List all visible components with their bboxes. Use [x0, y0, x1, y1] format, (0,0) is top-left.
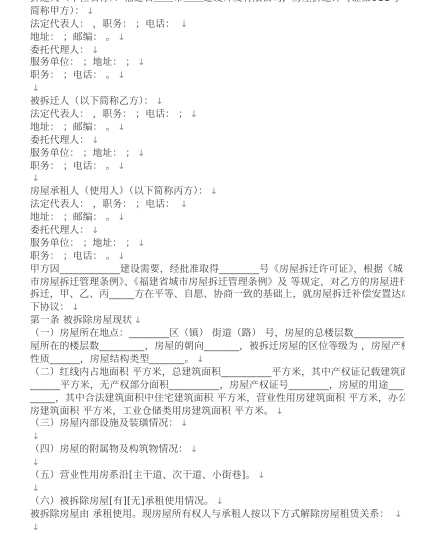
line-text: 甲方因____________建设需要，经批准取得________号《房屋拆迁许…: [30, 264, 403, 275]
linebreak-mark-icon: ↓: [156, 97, 164, 107]
document-line: （二）红线内占地面积 平方米，总建筑面积__________平方米，其中产权证记…: [30, 367, 405, 380]
linebreak-mark-icon: ↓: [137, 239, 145, 249]
linebreak-mark-icon: ↓: [32, 523, 40, 533]
linebreak-mark-icon: ↓: [72, 303, 80, 313]
linebreak-mark-icon: ↓: [32, 84, 40, 94]
linebreak-mark-icon: ↓: [137, 149, 145, 159]
linebreak-mark-icon: ↓: [118, 71, 126, 81]
linebreak-mark-icon: ↓: [395, 510, 403, 520]
document-viewport: 拆迁人（单位名称）：福建省＿＿市＿＿建设开发有限公司，房屋拆迁许可证第011号（…: [0, 0, 433, 540]
document-line: 地址： ；邮编： 。↓: [30, 122, 405, 135]
linebreak-mark-icon: ↓: [32, 484, 40, 494]
document-line: 地址： ；邮编： 。↓: [30, 212, 405, 225]
line-text: 地址： ；邮编： 。: [30, 122, 116, 133]
document-line: 委托代理人：↓: [30, 45, 405, 58]
line-text: 地址： ；邮编： 。: [30, 212, 116, 223]
document-line: ↓: [30, 483, 405, 496]
line-text: 下协议：: [30, 302, 70, 313]
line-text: 屋所在的楼层数_________，房屋的朝向_______，被拆迁房屋的区位等级…: [30, 341, 405, 352]
line-text: 简称甲方）：: [30, 6, 84, 17]
linebreak-mark-icon: ↓: [91, 136, 99, 146]
linebreak-mark-icon: ↓: [180, 200, 188, 210]
document-line: ↓: [30, 173, 405, 186]
linebreak-mark-icon: ↓: [118, 33, 126, 43]
linebreak-mark-icon: ↓: [216, 497, 224, 507]
line-text: 法定代表人： ，职务： ；电话： ；: [30, 109, 188, 120]
document-line: 屋所在的楼层数_________，房屋的朝向_______，被拆迁房屋的区位等级…: [30, 341, 405, 354]
linebreak-mark-icon: ↓: [180, 419, 188, 429]
linebreak-mark-icon: ↓: [257, 471, 265, 481]
linebreak-mark-icon: ↓: [32, 432, 40, 442]
document-line: 服务单位： ；地址： ；↓: [30, 57, 405, 70]
linebreak-mark-icon: ↓: [190, 445, 198, 455]
document-line: 市房屋拆迁管理条例》、《福建省城市房屋拆迁管理条例》及 等规定，对乙方的房屋进行: [30, 277, 405, 290]
linebreak-mark-icon: ↓: [276, 407, 284, 417]
linebreak-mark-icon: ↓: [118, 123, 126, 133]
line-text: 性质______，房屋结构类型_______。: [30, 354, 194, 365]
linebreak-mark-icon: ↓: [118, 162, 126, 172]
document-line: 性质______，房屋结构类型_______。↓: [30, 354, 405, 367]
document-line: 地址： ；邮编： 。↓: [30, 32, 405, 45]
document-line: 职务： ；电话： 。↓: [30, 161, 405, 174]
line-text: 拆迁，甲、乙、丙_____方在平等、自愿、协商一致的基础上，就房屋拆迁补偿安置达…: [30, 289, 405, 300]
linebreak-mark-icon: ↓: [196, 355, 204, 365]
document-line: ↓: [30, 83, 405, 96]
linebreak-mark-icon: ↓: [134, 316, 142, 326]
document-line: 委托代理人：↓: [30, 225, 405, 238]
linebreak-mark-icon: ↓: [210, 187, 218, 197]
document-line: 下协议：↓: [30, 302, 405, 315]
line-text: 职务： ；电话： 。: [30, 161, 116, 172]
linebreak-mark-icon: ↓: [190, 110, 198, 120]
line-text: 委托代理人：: [30, 225, 89, 236]
document-line: 被拆除房屋由 承租使用。现房屋所有权人与承租人按以下方式解除房屋租赁关系： ↓: [30, 509, 405, 522]
line-text: （四）房屋的附属物及构筑物情况：: [30, 444, 188, 455]
line-text: （六）被拆除房屋[有][无]承租使用情况。: [30, 496, 214, 507]
document-line: ______平方米，无产权部分面积__________，房屋产权证号______…: [30, 380, 405, 393]
linebreak-mark-icon: ↓: [118, 252, 126, 262]
line-text: 房建筑面积 平方米，工业仓储类用房建筑面积 平方米。: [30, 406, 274, 417]
line-text: 被拆迁人（以下简称乙方）：: [30, 96, 154, 107]
document-line: 简称甲方）：↓: [30, 6, 405, 19]
document-line: ↓: [30, 522, 405, 535]
document-line: ↓: [30, 431, 405, 444]
document-line: 第一条 被拆除房屋现状↓: [30, 315, 405, 328]
line-text: 市房屋拆迁管理条例》、《福建省城市房屋拆迁管理条例》及 等规定，对乙方的房屋进行: [30, 277, 405, 288]
line-text: 法定代表人： ，职务： ；电话：: [30, 199, 178, 210]
document-line: 服务单位： ；地址： ；↓: [30, 148, 405, 161]
line-text: （三）房屋内部设施及装璜情况：: [30, 418, 178, 429]
document-line: 职务： ；电话： 。↓: [30, 70, 405, 83]
line-text: 职务： ；电话： 。: [30, 70, 116, 81]
linebreak-mark-icon: ↓: [86, 7, 94, 17]
line-text: 委托代理人：: [30, 45, 89, 56]
linebreak-mark-icon: ↓: [91, 226, 99, 236]
line-text: 法定代表人： ，职务： ；电话：: [30, 19, 178, 30]
line-text: _____，其中合法建筑面积中住宅建筑面积 平方米，营业性用房建筑面积 平方米，…: [30, 393, 405, 404]
document-line: （五）营业性用房系沿[主干道、次干道、小街巷]。↓: [30, 470, 405, 483]
line-text: 服务单位： ；地址： ；: [30, 57, 135, 68]
line-text: 房屋承租人（使用人）（以下简称丙方）：: [30, 186, 208, 197]
line-text: （一）房屋所在地点：________区（镇） 街道（路） 号，房屋的总楼层数__…: [30, 328, 405, 339]
document-line: （四）房屋的附属物及构筑物情况：↓: [30, 444, 405, 457]
linebreak-mark-icon: ↓: [32, 174, 40, 184]
line-text: 服务单位： ；地址： ；: [30, 238, 135, 249]
linebreak-mark-icon: ↓: [32, 458, 40, 468]
document-line: 法定代表人： ，职务： ；电话： ；↓: [30, 109, 405, 122]
linebreak-mark-icon: ↓: [137, 58, 145, 68]
document-line: 房建筑面积 平方米，工业仓储类用房建筑面积 平方米。↓: [30, 406, 405, 419]
document-line: 服务单位： ；地址： ；↓: [30, 238, 405, 251]
document-page: 拆迁人（单位名称）：福建省＿＿市＿＿建设开发有限公司，房屋拆迁许可证第011号（…: [30, 0, 405, 534]
document-line: （六）被拆除房屋[有][无]承租使用情况。↓: [30, 496, 405, 509]
document-line: 委托代理人：↓: [30, 135, 405, 148]
document-line: 拆迁，甲、乙、丙_____方在平等、自愿、协商一致的基础上，就房屋拆迁补偿安置达…: [30, 289, 405, 302]
line-text: 服务单位： ；地址： ；: [30, 148, 135, 159]
document-line: 法定代表人： ，职务： ；电话： ↓: [30, 199, 405, 212]
line-text: （五）营业性用房系沿[主干道、次干道、小街巷]。: [30, 470, 255, 481]
linebreak-mark-icon: ↓: [91, 46, 99, 56]
line-text: 地址： ；邮编： 。: [30, 32, 116, 43]
line-text: 委托代理人：: [30, 135, 89, 146]
line-text: 拆迁人（单位名称）：福建省＿＿市＿＿建设开发有限公司，房屋拆迁许可证第011号（…: [30, 0, 405, 4]
linebreak-mark-icon: ↓: [180, 20, 188, 30]
line-text: 第一条 被拆除房屋现状: [30, 315, 132, 326]
line-text: 被拆除房屋由 承租使用。现房屋所有权人与承租人按以下方式解除房屋租赁关系：: [30, 509, 393, 520]
document-line: ↓: [30, 457, 405, 470]
document-line: 职务： ；电话： 。↓: [30, 251, 405, 264]
document-line: （三）房屋内部设施及装璜情况：↓: [30, 418, 405, 431]
linebreak-mark-icon: ↓: [118, 213, 126, 223]
document-line: 房屋承租人（使用人）（以下简称丙方）：↓: [30, 186, 405, 199]
line-text: （二）红线内占地面积 平方米，总建筑面积__________平方米，其中产权证记…: [30, 367, 405, 378]
document-line: 法定代表人： ，职务： ；电话： ↓: [30, 19, 405, 32]
document-line: 被拆迁人（以下简称乙方）：↓: [30, 96, 405, 109]
line-text: 职务： ；电话： 。: [30, 251, 116, 262]
document-line: 甲方因____________建设需要，经批准取得________号《房屋拆迁许…: [30, 264, 405, 277]
document-line: _____，其中合法建筑面积中住宅建筑面积 平方米，营业性用房建筑面积 平方米，…: [30, 393, 405, 406]
document-line: （一）房屋所在地点：________区（镇） 街道（路） 号，房屋的总楼层数__…: [30, 328, 405, 341]
line-text: ______平方米，无产权部分面积__________，房屋产权证号______…: [30, 380, 403, 391]
